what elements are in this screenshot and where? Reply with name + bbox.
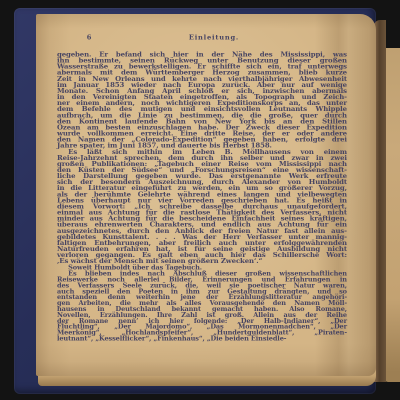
running-title: Einleitung. xyxy=(126,34,302,41)
paragraph: Es blieben indes nach Abschluß dieser gr… xyxy=(57,271,347,342)
paragraph: gegeben. Er befand sich hier in der Nähe… xyxy=(57,52,347,149)
page-number: 6 xyxy=(87,34,92,41)
running-header: 6 Einleitung. xyxy=(57,34,347,41)
book-page: 6 Einleitung. gegeben. Er befand sich hi… xyxy=(36,14,376,376)
text-block: 6 Einleitung. gegeben. Er befand sich hi… xyxy=(57,34,347,341)
body-text: gegeben. Er befand sich hier in der Nähe… xyxy=(57,52,347,341)
page-stack-edge xyxy=(385,48,400,382)
paragraph: Es läßt sich mithin im Leben B. Möllhaus… xyxy=(57,149,347,264)
text-line: leutnant“, „Kesselflicker“, „Finkenhaus“… xyxy=(57,336,347,342)
photo-background: 6 Einleitung. gegeben. Er befand sich hi… xyxy=(0,0,400,400)
